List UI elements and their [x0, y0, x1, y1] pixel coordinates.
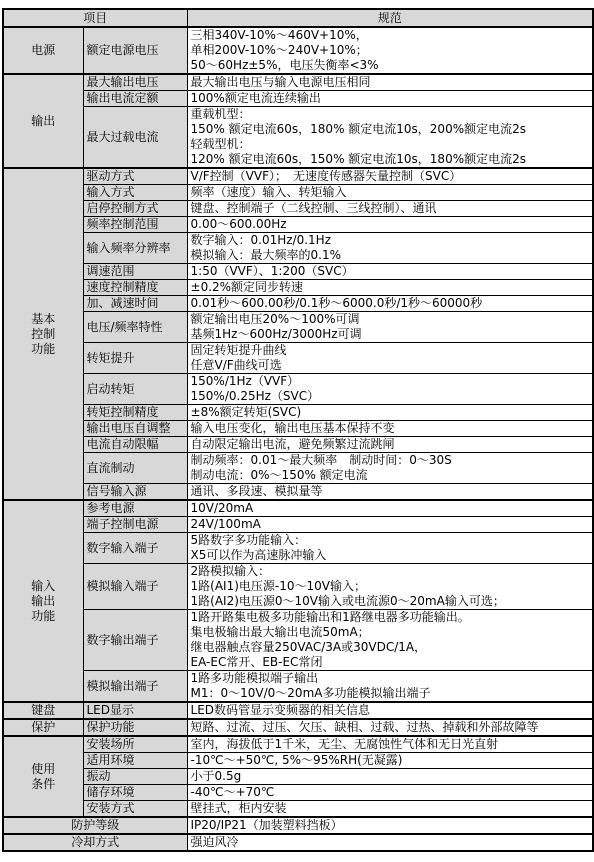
- spec-cell: 1:50（VVF）、1:200（SVC）: [187, 264, 593, 280]
- spec-cell: ±8%额定转矩(SVC): [187, 405, 593, 421]
- table-row: 电流自动限幅 自动限定输出电流，避免频繁过流跳闸: [3, 437, 593, 453]
- item-label: 加、减速时间: [83, 296, 187, 312]
- table-row: 频率控制范围 0.00～600.00Hz: [3, 217, 593, 233]
- table-row: 电源 额定电源电压 三相340V-10%～460V+10%， 单相200V-10…: [3, 27, 593, 74]
- spec-cell: -40℃～+70℃: [187, 785, 593, 801]
- item-label: 参考电源: [83, 500, 187, 517]
- table-row: 安装方式 壁挂式，柜内安装: [3, 801, 593, 818]
- table-row: 储存环境 -40℃～+70℃: [3, 785, 593, 801]
- item-label: 保护功能: [83, 719, 187, 736]
- item-label: 转矩提升: [83, 343, 187, 374]
- spec-table: 项目 规范 电源 额定电源电压 三相340V-10%～460V+10%， 单相2…: [2, 8, 594, 852]
- table-header-row: 项目 规范: [3, 9, 593, 27]
- spec-line: -40℃～+70℃: [191, 785, 590, 800]
- item-label: 信号输入源: [83, 484, 187, 501]
- item-label: 转矩控制精度: [83, 405, 187, 421]
- table-row: 输出电流定额 100%额定电流连续输出: [3, 91, 593, 107]
- spec-line: 固定转矩提升曲线: [191, 343, 590, 358]
- table-row: 输入 输出 功能 参考电源 10V/20mA: [3, 500, 593, 517]
- spec-line: 三相340V-10%～460V+10%，: [191, 28, 590, 43]
- table-row: 数字输入端子 5路数字多功能输入： X5可以作为高速脉冲输入: [3, 533, 593, 564]
- item-label: 调速范围: [83, 264, 187, 280]
- spec-line: 10V/20mA: [191, 501, 590, 516]
- spec-cell: 1路开路集电极多功能输出和1路继电器多功能输出。 集电极输出最大输出电流50mA…: [187, 610, 593, 671]
- item-label: 速度控制精度: [83, 280, 187, 296]
- spec-cell: 0.01秒～600.00秒/0.1秒～6000.0秒/1秒～60000秒: [187, 296, 593, 312]
- spec-cell: 0.00～600.00Hz: [187, 217, 593, 233]
- spec-line: 键盘、控制端子（二线控制、三线控制）、通讯: [191, 201, 590, 216]
- item-label: 储存环境: [83, 785, 187, 801]
- spec-line: 输入电压变化，输出电压基本保持不变: [191, 421, 590, 436]
- group-basic-control: 基本 控制 功能: [3, 168, 83, 500]
- spec-cell: 室内，海拔低于1千米，无尘、无腐蚀性气体和无日光直射: [187, 736, 593, 753]
- table-row: 输出电压自调整 输入电压变化，输出电压基本保持不变: [3, 421, 593, 437]
- spec-line: 150%/0.25Hz（SVC）: [191, 389, 590, 404]
- spec-line: 1路(AI2)电压源0～10V输入或电流源0～20mA输入可选；: [191, 594, 590, 609]
- spec-line: LED数码管显示变频器的相关信息: [191, 703, 590, 718]
- table-row: 保护 保护功能 短路、过流、过压、欠压、缺相、过载、过热、掉载和外部故障等: [3, 719, 593, 736]
- spec-line: 频率（速度）输入、转矩输入: [191, 185, 590, 200]
- spec-line: 单相200V-10%～240V+10%；: [191, 43, 590, 58]
- spec-line: 小于0.5g: [191, 769, 590, 784]
- spec-cell: 1路多功能模拟端子输出 M1：0～10V/0～20mA多功能模拟输出端子: [187, 671, 593, 703]
- spec-line: 模拟输入：最大频率的0.1%: [191, 248, 590, 263]
- item-label: 模拟输出端子: [83, 671, 187, 703]
- spec-line: 5路数字多功能输入：: [191, 533, 590, 548]
- spec-line: 室内，海拔低于1千米，无尘、无腐蚀性气体和无日光直射: [191, 737, 590, 752]
- group-keypad: 键盘: [3, 702, 83, 719]
- table-row: 加、减速时间 0.01秒～600.00秒/0.1秒～6000.0秒/1秒～600…: [3, 296, 593, 312]
- page: 项目 规范 电源 额定电源电压 三相340V-10%～460V+10%， 单相2…: [0, 0, 594, 860]
- header-items-col: 项目: [3, 9, 187, 27]
- spec-cell: 自动限定输出电流，避免频繁过流跳闸: [187, 437, 593, 453]
- item-label: 数字输出端子: [83, 610, 187, 671]
- spec-cell: 小于0.5g: [187, 769, 593, 785]
- table-row: 使用 条件 安装场所 室内，海拔低于1千米，无尘、无腐蚀性气体和无日光直射: [3, 736, 593, 753]
- table-row: 启停控制方式 键盘、控制端子（二线控制、三线控制）、通讯: [3, 201, 593, 217]
- item-label: 电压/频率特性: [83, 312, 187, 343]
- item-label: 最大输出电压: [83, 74, 187, 91]
- spec-cell: 5路数字多功能输入： X5可以作为高速脉冲输入: [187, 533, 593, 564]
- item-label: 数字输入端子: [83, 533, 187, 564]
- spec-line: 短路、过流、过压、欠压、缺相、过载、过热、掉载和外部故障等: [191, 720, 590, 735]
- spec-line: 重载机型：: [191, 107, 590, 122]
- table-row: 信号输入源 通讯、多段速、模拟量等: [3, 484, 593, 501]
- spec-cell: 频率（速度）输入、转矩输入: [187, 185, 593, 201]
- spec-cell: 三相340V-10%～460V+10%， 单相200V-10%～240V+10%…: [187, 27, 593, 74]
- spec-cell: 150%/1Hz（VVF） 150%/0.25Hz（SVC）: [187, 374, 593, 405]
- spec-line: X5可以作为高速脉冲输入: [191, 548, 590, 563]
- spec-cell: -10℃～+50℃, 5%～95%RH(无凝露): [187, 753, 593, 769]
- item-label: 输出电流定额: [83, 91, 187, 107]
- spec-line: 100%额定电流连续输出: [191, 91, 590, 106]
- spec-cell: 壁挂式，柜内安装: [187, 801, 593, 818]
- spec-line: 通讯、多段速、模拟量等: [191, 484, 590, 499]
- spec-line: 150% 额定电流60s，180% 额定电流10s，200%额定电流2s: [191, 122, 590, 137]
- spec-line: 120% 额定电流60s，150% 额定电流10s，180%额定电流2s: [191, 152, 590, 167]
- spec-line: 2路模拟输入：: [191, 564, 590, 579]
- item-label: 输入频率分辨率: [83, 233, 187, 264]
- spec-line: 150%/1Hz（VVF）: [191, 374, 590, 389]
- table-row: 转矩控制精度 ±8%额定转矩(SVC): [3, 405, 593, 421]
- spec-line: 任意V/F曲线可选: [191, 358, 590, 373]
- spec-cell: 输入电压变化，输出电压基本保持不变: [187, 421, 593, 437]
- spec-line: 24V/100mA: [191, 517, 590, 532]
- item-label: 驱动方式: [83, 168, 187, 185]
- spec-cell: 制动频率：0.01～最大频率 制动时间：0～30S 制动电流：0%～150% 额…: [187, 453, 593, 484]
- spec-line: 轻载型机：: [191, 137, 590, 152]
- group-usage-conditions: 使用 条件: [3, 736, 83, 817]
- spec-cell: 24V/100mA: [187, 517, 593, 533]
- spec-line: 自动限定输出电流，避免频繁过流跳闸: [191, 437, 590, 452]
- table-row: 冷却方式 强迫风冷: [3, 834, 593, 851]
- spec-line: 继电器触点容量250VAC/3A或30VDC/1A，: [191, 640, 590, 655]
- spec-line: EA-EC常开、EB-EC常闭: [191, 655, 590, 670]
- spec-cell: IP20/IP21（加装塑料挡板）: [187, 817, 593, 834]
- spec-line: 1:50（VVF）、1:200（SVC）: [191, 264, 590, 279]
- table-row: 输入方式 频率（速度）输入、转矩输入: [3, 185, 593, 201]
- item-label: 输入方式: [83, 185, 187, 201]
- spec-line: 制动电流：0%～150% 额定电流: [191, 468, 590, 483]
- spec-line: 0.01秒～600.00秒/0.1秒～6000.0秒/1秒～60000秒: [191, 296, 590, 311]
- table-row: 最大过载电流 重载机型： 150% 额定电流60s，180% 额定电流10s，2…: [3, 107, 593, 169]
- spec-line: 50～60Hz±5%，电压失衡率<3%: [191, 58, 590, 73]
- table-row: 调速范围 1:50（VVF）、1:200（SVC）: [3, 264, 593, 280]
- item-label: 适用环境: [83, 753, 187, 769]
- spec-cell: 额定输出电压20%～100%可调 基频1Hz～600Hz/3000Hz可调: [187, 312, 593, 343]
- spec-line: ±0.2%额定同步转速: [191, 280, 590, 295]
- spec-cell: 重载机型： 150% 额定电流60s，180% 额定电流10s，200%额定电流…: [187, 107, 593, 169]
- item-label: 最大过载电流: [83, 107, 187, 169]
- spec-line: V/F控制（VVF）； 无速度传感器矢量控制（SVC）: [191, 169, 590, 184]
- table-row: 数字输出端子 1路开路集电极多功能输出和1路继电器多功能输出。 集电极输出最大输…: [3, 610, 593, 671]
- group-output: 输出: [3, 74, 83, 168]
- spec-cell: 数字输入：0.01Hz/0.1Hz 模拟输入：最大频率的0.1%: [187, 233, 593, 264]
- item-label: LED显示: [83, 702, 187, 719]
- table-row: 直流制动 制动频率：0.01～最大频率 制动时间：0～30S 制动电流：0%～1…: [3, 453, 593, 484]
- spec-line: 0.00～600.00Hz: [191, 217, 590, 232]
- spec-line: 壁挂式，柜内安装: [191, 801, 590, 816]
- spec-cell: 短路、过流、过压、欠压、缺相、过载、过热、掉载和外部故障等: [187, 719, 593, 736]
- table-row: 基本 控制 功能 驱动方式 V/F控制（VVF）； 无速度传感器矢量控制（SVC…: [3, 168, 593, 185]
- table-row: 防护等级 IP20/IP21（加装塑料挡板）: [3, 817, 593, 834]
- item-label: 端子控制电源: [83, 517, 187, 533]
- spec-cell: 最大输出电压与输入电源电压相同: [187, 74, 593, 91]
- table-row: 转矩提升 固定转矩提升曲线 任意V/F曲线可选: [3, 343, 593, 374]
- spec-line: 1路(AI1)电压源-10～10V输入；: [191, 579, 590, 594]
- table-row: 端子控制电源 24V/100mA: [3, 517, 593, 533]
- table-row: 电压/频率特性 额定输出电压20%～100%可调 基频1Hz～600Hz/300…: [3, 312, 593, 343]
- item-label: 安装场所: [83, 736, 187, 753]
- group-protection: 保护: [3, 719, 83, 736]
- footer-item-ip-rating: 防护等级: [3, 817, 187, 834]
- header-spec-col: 规范: [187, 9, 593, 27]
- table-row: 适用环境 -10℃～+50℃, 5%～95%RH(无凝露): [3, 753, 593, 769]
- item-label: 输出电压自调整: [83, 421, 187, 437]
- spec-line: 制动频率：0.01～最大频率 制动时间：0～30S: [191, 453, 590, 468]
- item-label: 启动转矩: [83, 374, 187, 405]
- spec-cell: 通讯、多段速、模拟量等: [187, 484, 593, 501]
- spec-line: 集电极输出最大输出电流50mA；: [191, 625, 590, 640]
- spec-cell: 固定转矩提升曲线 任意V/F曲线可选: [187, 343, 593, 374]
- spec-cell: ±0.2%额定同步转速: [187, 280, 593, 296]
- table-row: 启动转矩 150%/1Hz（VVF） 150%/0.25Hz（SVC）: [3, 374, 593, 405]
- item-label: 电流自动限幅: [83, 437, 187, 453]
- spec-cell: 强迫风冷: [187, 834, 593, 851]
- spec-cell: V/F控制（VVF）； 无速度传感器矢量控制（SVC）: [187, 168, 593, 185]
- spec-line: 1路开路集电极多功能输出和1路继电器多功能输出。: [191, 610, 590, 625]
- footer-item-cooling: 冷却方式: [3, 834, 187, 851]
- table-row: 键盘 LED显示 LED数码管显示变频器的相关信息: [3, 702, 593, 719]
- item-label: 额定电源电压: [83, 27, 187, 74]
- item-label: 启停控制方式: [83, 201, 187, 217]
- spec-line: 强迫风冷: [191, 835, 590, 850]
- item-label: 振动: [83, 769, 187, 785]
- spec-line: 最大输出电压与输入电源电压相同: [191, 75, 590, 90]
- spec-cell: 100%额定电流连续输出: [187, 91, 593, 107]
- spec-line: -10℃～+50℃, 5%～95%RH(无凝露): [191, 753, 590, 768]
- item-label: 频率控制范围: [83, 217, 187, 233]
- group-io: 输入 输出 功能: [3, 500, 83, 702]
- spec-line: M1：0～10V/0～20mA多功能模拟输出端子: [191, 686, 590, 701]
- table-row: 模拟输出端子 1路多功能模拟端子输出 M1：0～10V/0～20mA多功能模拟输…: [3, 671, 593, 703]
- spec-line: 1路多功能模拟端子输出: [191, 671, 590, 686]
- group-power: 电源: [3, 27, 83, 74]
- item-label: 直流制动: [83, 453, 187, 484]
- spec-line: IP20/IP21（加装塑料挡板）: [191, 818, 590, 833]
- spec-cell: LED数码管显示变频器的相关信息: [187, 702, 593, 719]
- spec-cell: 键盘、控制端子（二线控制、三线控制）、通讯: [187, 201, 593, 217]
- item-label: 安装方式: [83, 801, 187, 818]
- table-row: 速度控制精度 ±0.2%额定同步转速: [3, 280, 593, 296]
- spec-line: 数字输入：0.01Hz/0.1Hz: [191, 233, 590, 248]
- spec-cell: 2路模拟输入： 1路(AI1)电压源-10～10V输入； 1路(AI2)电压源0…: [187, 564, 593, 610]
- table-row: 输出 最大输出电压 最大输出电压与输入电源电压相同: [3, 74, 593, 91]
- spec-cell: 10V/20mA: [187, 500, 593, 517]
- table-row: 输入频率分辨率 数字输入：0.01Hz/0.1Hz 模拟输入：最大频率的0.1%: [3, 233, 593, 264]
- spec-line: 额定输出电压20%～100%可调: [191, 312, 590, 327]
- spec-line: 基频1Hz～600Hz/3000Hz可调: [191, 327, 590, 342]
- table-row: 模拟输入端子 2路模拟输入： 1路(AI1)电压源-10～10V输入； 1路(A…: [3, 564, 593, 610]
- table-row: 振动 小于0.5g: [3, 769, 593, 785]
- spec-line: ±8%额定转矩(SVC): [191, 405, 590, 420]
- item-label: 模拟输入端子: [83, 564, 187, 610]
